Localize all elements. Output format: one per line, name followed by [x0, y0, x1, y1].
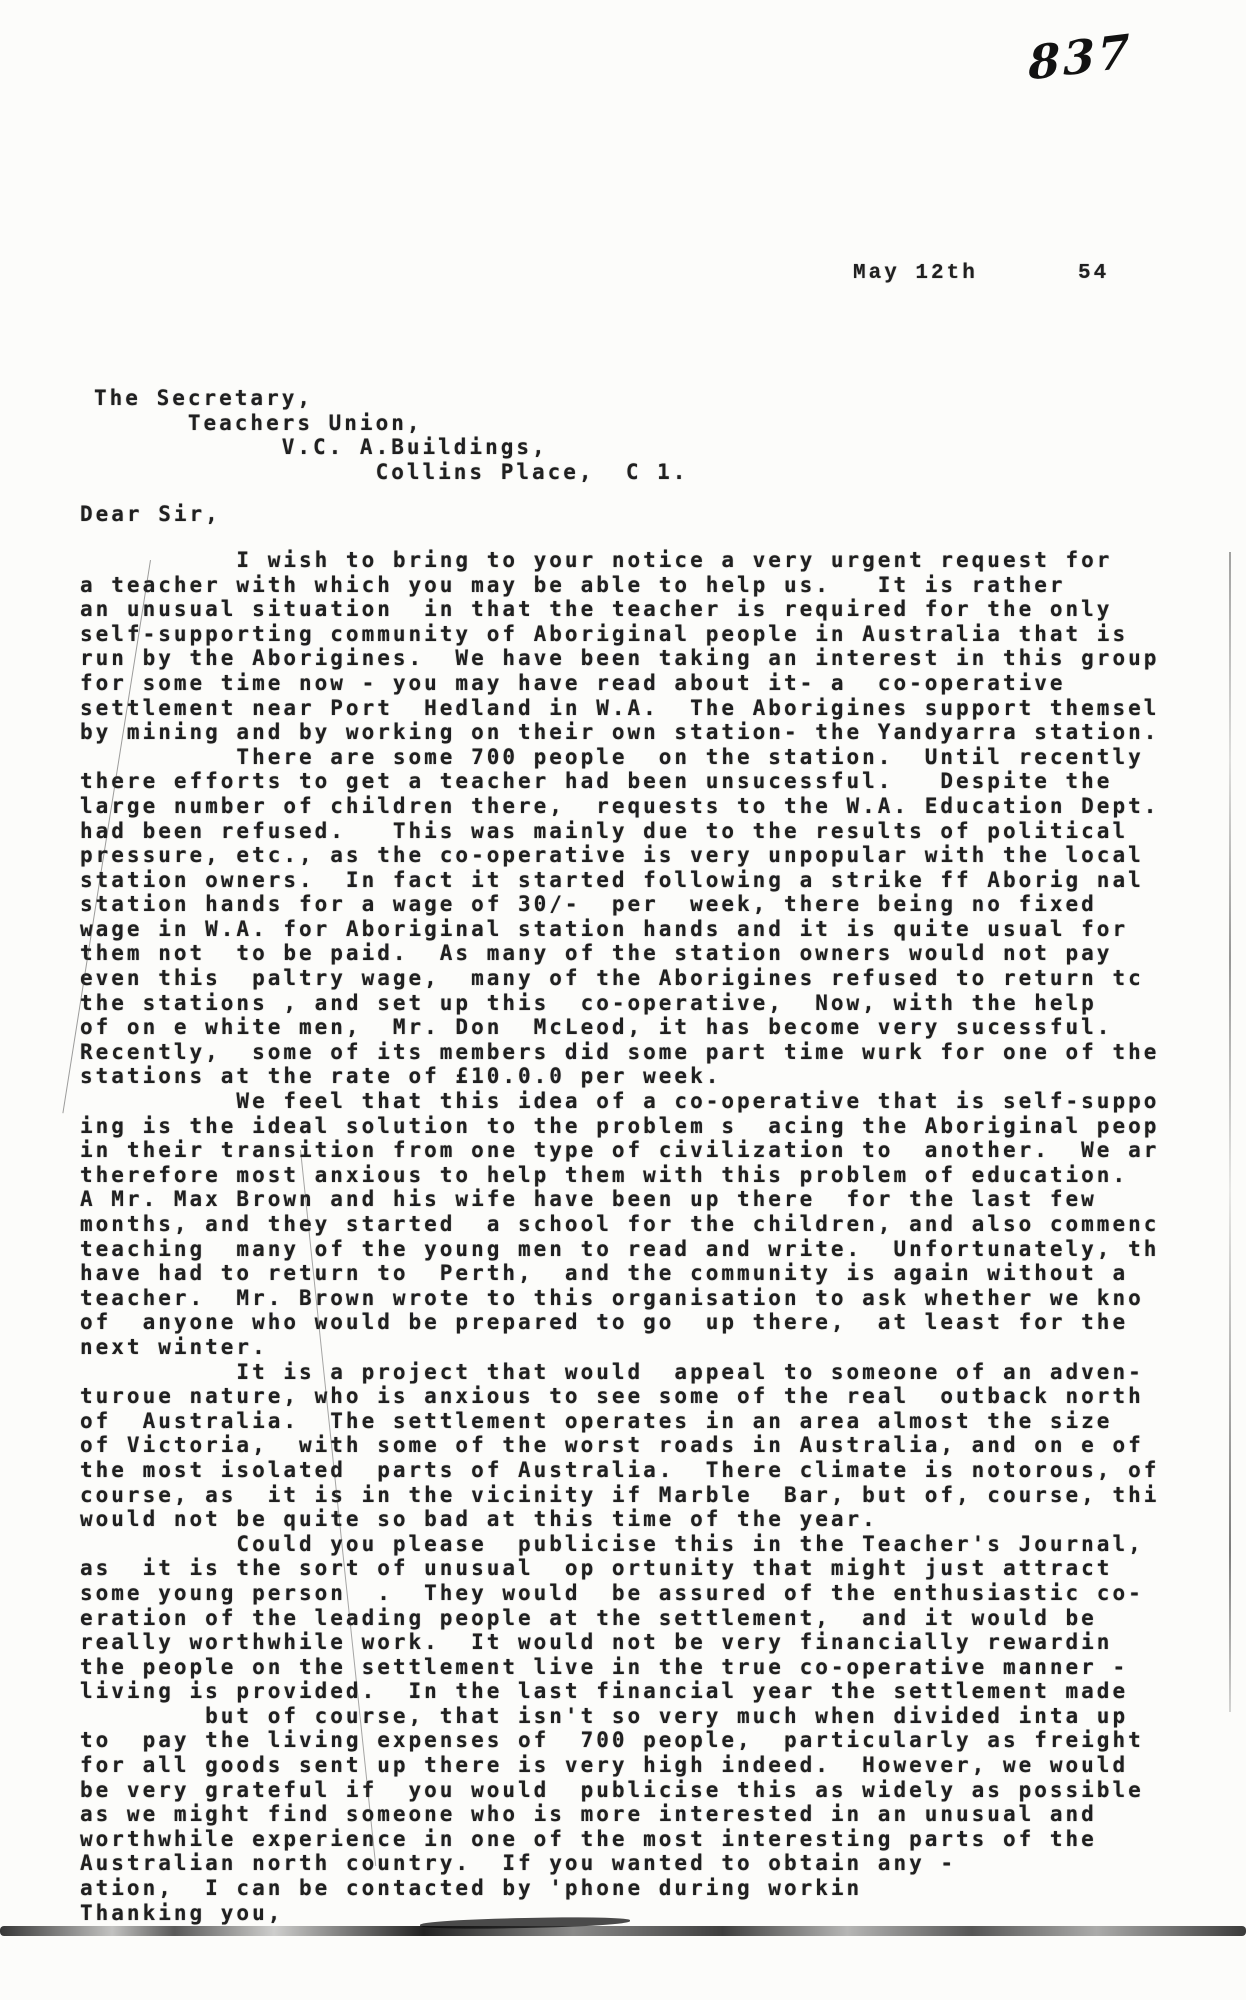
scanned-letter-page: 837 May 12th 54 The Secretary, Teachers …	[0, 0, 1246, 2000]
scan-artifact-right-edge	[1229, 552, 1231, 1712]
typed-page-number: 54	[1078, 262, 1109, 287]
recipient-address: The Secretary, Teachers Union, V.C. A.Bu…	[94, 386, 1206, 484]
handwritten-page-number: 837	[1028, 23, 1133, 90]
salutation: Dear Sir,	[80, 502, 1206, 527]
date-line: May 12th 54	[0, 262, 1246, 292]
letter-content: The Secretary, Teachers Union, V.C. A.Bu…	[80, 386, 1206, 1946]
letter-body: I wish to bring to your notice a very ur…	[80, 548, 1206, 1925]
letter-date: May 12th	[853, 262, 978, 287]
